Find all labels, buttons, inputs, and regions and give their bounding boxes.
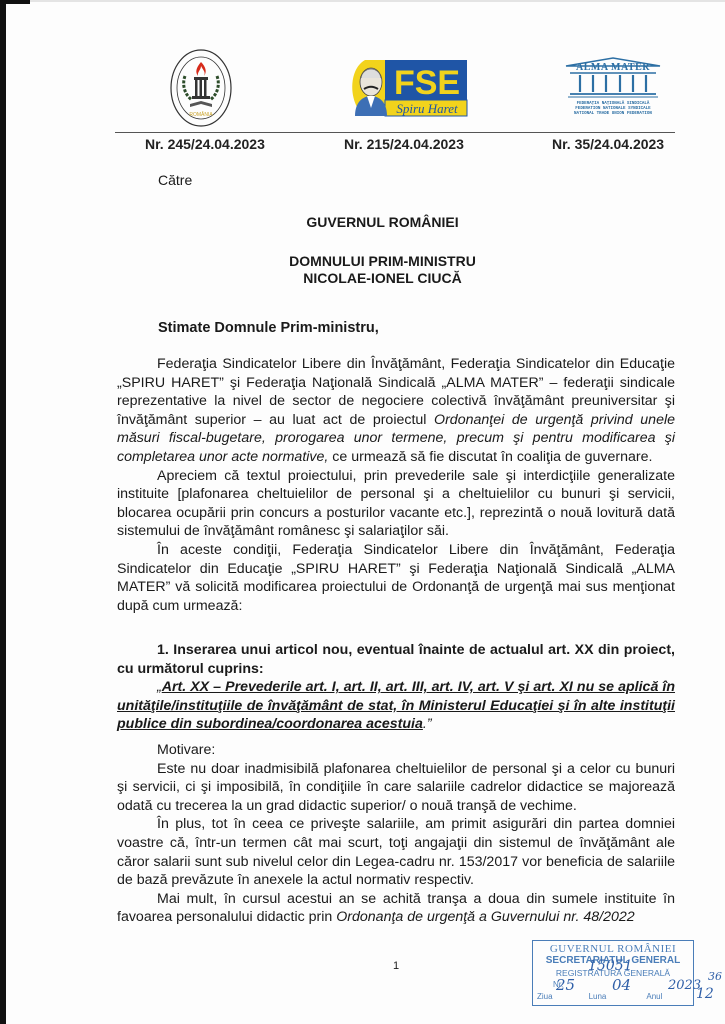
point1-proposed-article: „Art. XX – Prevederile art. I, art. II, …	[117, 678, 675, 734]
scan-top-corner	[0, 0, 30, 4]
motivation-paragraph-2: În plus, tot în ceea ce priveşte salarii…	[117, 815, 675, 889]
stamp-handwritten-side-note: 12	[696, 986, 714, 1002]
point1-heading: 1. Inserarea unui articol nou, eventual …	[117, 641, 675, 678]
registration-number-alma-mater: Nr. 35/24.04.2023	[552, 136, 664, 152]
letter-body-part1: Federaţia Sindicatelor Libere din Învăţă…	[117, 355, 675, 615]
alma-mater-logo-icon: ALMA MATER FEDERAȚIA NAȚIONALĂ SINDICALĂ…	[560, 56, 666, 118]
svg-text:NATIONAL TRADE UNION FEDERATIO: NATIONAL TRADE UNION FEDERATION	[574, 112, 652, 116]
scan-top-border	[30, 0, 725, 2]
stamp-handwritten-month: 04	[612, 976, 631, 994]
paragraph-assessment: Apreciem că textul proiectului, prin pre…	[117, 467, 675, 541]
addressee-title: DOMNULUI PRIM-MINISTRU	[20, 253, 725, 269]
page-number: 1	[393, 960, 399, 972]
motivation-label: Motivare:	[117, 741, 675, 760]
scan-left-border	[0, 0, 6, 1024]
motivation-paragraph-1: Este nu doar inadmisibilă plafonarea che…	[117, 760, 675, 816]
paragraph-intro: Federaţia Sindicatelor Libere din Învăţă…	[117, 355, 675, 467]
addressee-name: NICOLAE-IONEL CIUCĂ	[20, 270, 725, 286]
fse-spiru-haret-logo-icon: FSE Spiru Haret	[345, 56, 469, 118]
letter-point-1: 1. Inserarea unui articol nou, eventual …	[117, 641, 675, 734]
svg-text:ROMÂNIA: ROMÂNIA	[189, 111, 213, 118]
svg-text:FSE: FSE	[394, 64, 460, 102]
registration-number-fse: Nr. 215/24.04.2023	[344, 136, 464, 152]
addressee-to: Către	[158, 172, 192, 188]
stamp-handwritten-day: 25	[556, 976, 575, 994]
motivation-paragraph-3: Mai mult, în cursul acestui an se achită…	[117, 890, 675, 927]
addressee-government: GUVERNUL ROMÂNIEI	[20, 214, 725, 230]
svg-text:Spiru Haret: Spiru Haret	[396, 101, 458, 116]
header-divider	[115, 132, 675, 133]
registration-number-fsli: Nr. 245/24.04.2023	[145, 136, 265, 152]
svg-text:ALMA MATER: ALMA MATER	[576, 62, 650, 73]
stamp-handwritten-number: 15051	[588, 958, 633, 974]
stamp-handwritten-side-note-top: 36	[708, 970, 722, 983]
stamp-line-government: GUVERNUL ROMÂNIEI	[533, 943, 693, 955]
fsli-logo-icon: ROMÂNIA	[168, 48, 234, 128]
letter-motivation: Motivare: Este nu doar inadmisibilă plaf…	[117, 741, 675, 927]
svg-text:FEDERATION NATIONALE SYNDICALE: FEDERATION NATIONALE SYNDICALE	[575, 107, 651, 111]
salutation: Stimate Domnule Prim-ministru,	[158, 320, 379, 336]
paragraph-request: În aceste condiţii, Federaţia Sindicatel…	[117, 541, 675, 615]
letterhead-logos: ROMÂNIA FSE Spiru Haret ALMA MATER FEDER…	[0, 48, 725, 128]
svg-text:FEDERAȚIA NAȚIONALĂ SINDICALĂ: FEDERAȚIA NAȚIONALĂ SINDICALĂ	[577, 101, 650, 106]
